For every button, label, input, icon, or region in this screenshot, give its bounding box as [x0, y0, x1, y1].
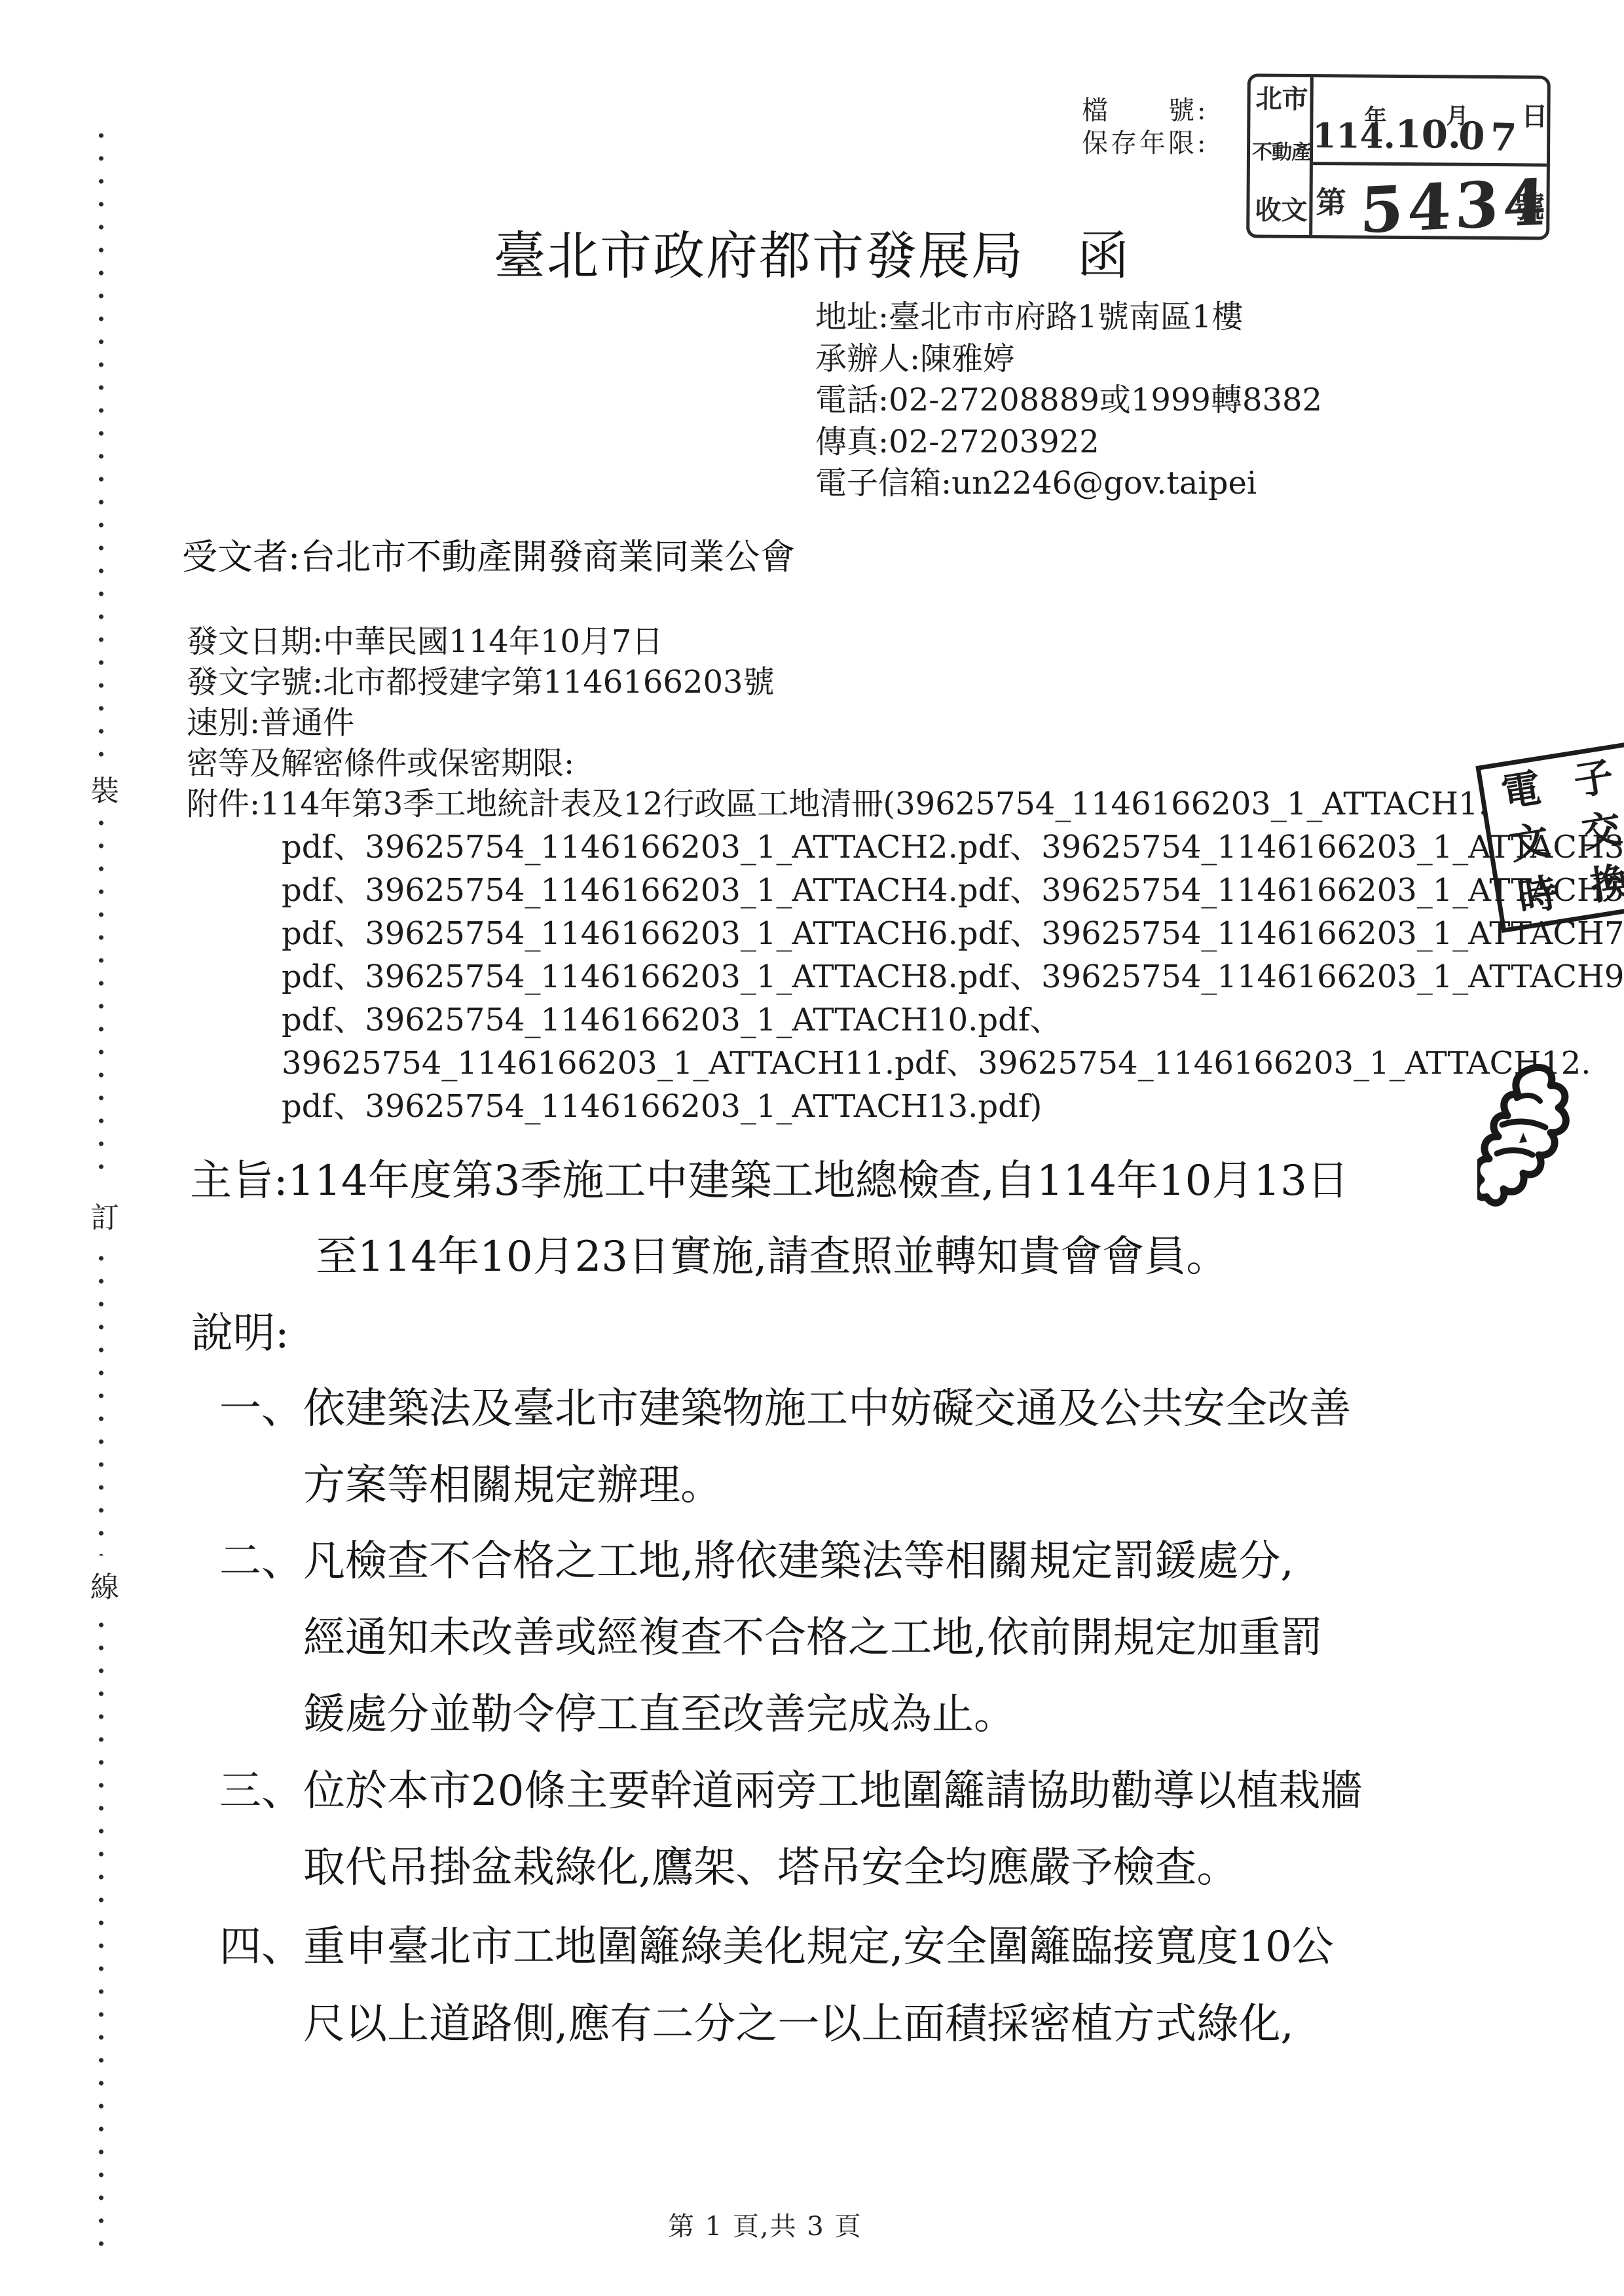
- sender-address: 地址:臺北市市府路1號南區1樓: [815, 299, 1243, 335]
- estamp-char-huan: 換: [1588, 862, 1624, 907]
- attachment-line-3: pdf、39625754_1146166203_1_ATTACH4.pdf、39…: [282, 873, 1624, 909]
- letter-title: 臺北市政府都市發展局 函: [494, 227, 1130, 286]
- stamp-org-line3: 收文: [1255, 197, 1307, 224]
- estamp-char-jiao: 交: [1579, 809, 1624, 854]
- stamp-number-prefix: 第: [1316, 187, 1346, 217]
- stamp-org-line1: 北市: [1255, 86, 1308, 113]
- subject-line-1: 主旨:114年度第3季施工中建築工地總檢查,自114年10月13日: [190, 1157, 1349, 1206]
- attachment-line-8: pdf、39625754_1146166203_1_ATTACH13.pdf): [282, 1089, 1042, 1125]
- recipient-line: 受文者:台北市不動產開發商業同業公會: [182, 537, 795, 577]
- binding-mark-xian: 線: [89, 1556, 120, 1613]
- sender-contact-person: 承辦人:陳雅婷: [815, 341, 1014, 377]
- binding-mark-zhuang: 裝: [89, 759, 120, 817]
- estamp-char-wen: 文: [1507, 820, 1552, 866]
- scanned-official-letter-page: { "header": { "file_no_label": "檔 號:", "…: [0, 0, 1624, 2296]
- attachment-line-4: pdf、39625754_1146166203_1_ATTACH6.pdf、39…: [282, 916, 1624, 952]
- attachment-line-2: pdf、39625754_1146166203_1_ATTACH2.pdf、39…: [282, 829, 1624, 866]
- explanation-item1-line1: 一、依建築法及臺北市建築物施工中妨礙交通及公共安全改善: [219, 1385, 1351, 1434]
- file-number-label: 檔 號:: [1082, 96, 1208, 126]
- smudged-ink-stamp: [1477, 1062, 1577, 1211]
- attachment-line-6: pdf、39625754_1146166203_1_ATTACH10.pdf、: [282, 1002, 1061, 1038]
- received-stamp: 北市 不動產 收文 114. 年 10. 月 07 日 第 5434 號: [1246, 73, 1551, 240]
- stamp-year-unit: 年: [1364, 107, 1386, 129]
- stamp-org-line2: 不動產: [1252, 142, 1311, 163]
- explanation-item3-line1: 三、位於本市20條主要幹道兩旁工地圍籬請協助勸導以植栽牆: [219, 1768, 1362, 1816]
- explanation-item4-line1: 四、重申臺北市工地圍籬綠美化規定,安全圍籬臨接寬度10公: [219, 1923, 1334, 1972]
- retention-period-label: 保存年限:: [1082, 128, 1208, 158]
- stamp-day: 07: [1458, 117, 1522, 157]
- explanation-item2-line3: 鍰處分並勒令停工直至改善完成為止。: [303, 1691, 1016, 1740]
- estamp-char-shi: 時: [1515, 873, 1560, 919]
- stamp-day-unit: 日: [1521, 103, 1547, 130]
- explanation-item3-line2: 取代吊掛盆栽綠化,鷹架、塔吊安全均應嚴予檢查。: [303, 1844, 1238, 1893]
- explanation-label: 說明:: [191, 1310, 289, 1358]
- attachment-line-7: 39625754_1146166203_1_ATTACH11.pdf、39625…: [282, 1046, 1591, 1082]
- explanation-item2-line1: 二、凡檢查不合格之工地,將依建築法等相關規定罰鍰處分,: [219, 1538, 1294, 1586]
- speed-class-line: 速別:普通件: [187, 705, 354, 741]
- binding-mark-ding: 訂: [89, 1186, 120, 1244]
- explanation-item2-line2: 經通知未改善或經複查不合格之工地,依前開規定加重罰: [303, 1614, 1322, 1663]
- explanation-item4-line2: 尺以上道路側,應有二分之一以上面積採密植方式綠化,: [303, 2001, 1294, 2049]
- explanation-item1-line2: 方案等相關規定辦理。: [303, 1462, 722, 1510]
- sender-phone: 電話:02-27208889或1999轉8382: [815, 382, 1322, 418]
- stamp-number-unit: 號: [1514, 192, 1544, 222]
- security-class-line: 密等及解密條件或保密期限:: [187, 746, 574, 782]
- sender-email: 電子信箱:un2246@gov.taipei: [815, 465, 1257, 501]
- received-stamp-divider: [1313, 162, 1547, 166]
- attachment-line-5: pdf、39625754_1146166203_1_ATTACH8.pdf、39…: [282, 959, 1624, 995]
- estamp-char-zi: 子: [1571, 757, 1616, 802]
- page-number: 第 1 頁,共 3 頁: [668, 2212, 862, 2242]
- issue-number-line: 發文字號:北市都授建字第1146166203號: [187, 665, 775, 701]
- subject-line-2: 至114年10月23日實施,請查照並轉知貴會會員。: [316, 1233, 1228, 1282]
- attachment-line-1: 附件:114年第3季工地統計表及12行政區工地清冊(39625754_11461…: [187, 786, 1488, 822]
- electronic-exchange-stamp: 電 子 文 交 時 換: [1475, 742, 1624, 933]
- issue-date-line: 發文日期:中華民國114年10月7日: [187, 624, 663, 660]
- sender-fax: 傳真:02-27203922: [815, 424, 1099, 460]
- estamp-char-dian: 電: [1499, 768, 1544, 813]
